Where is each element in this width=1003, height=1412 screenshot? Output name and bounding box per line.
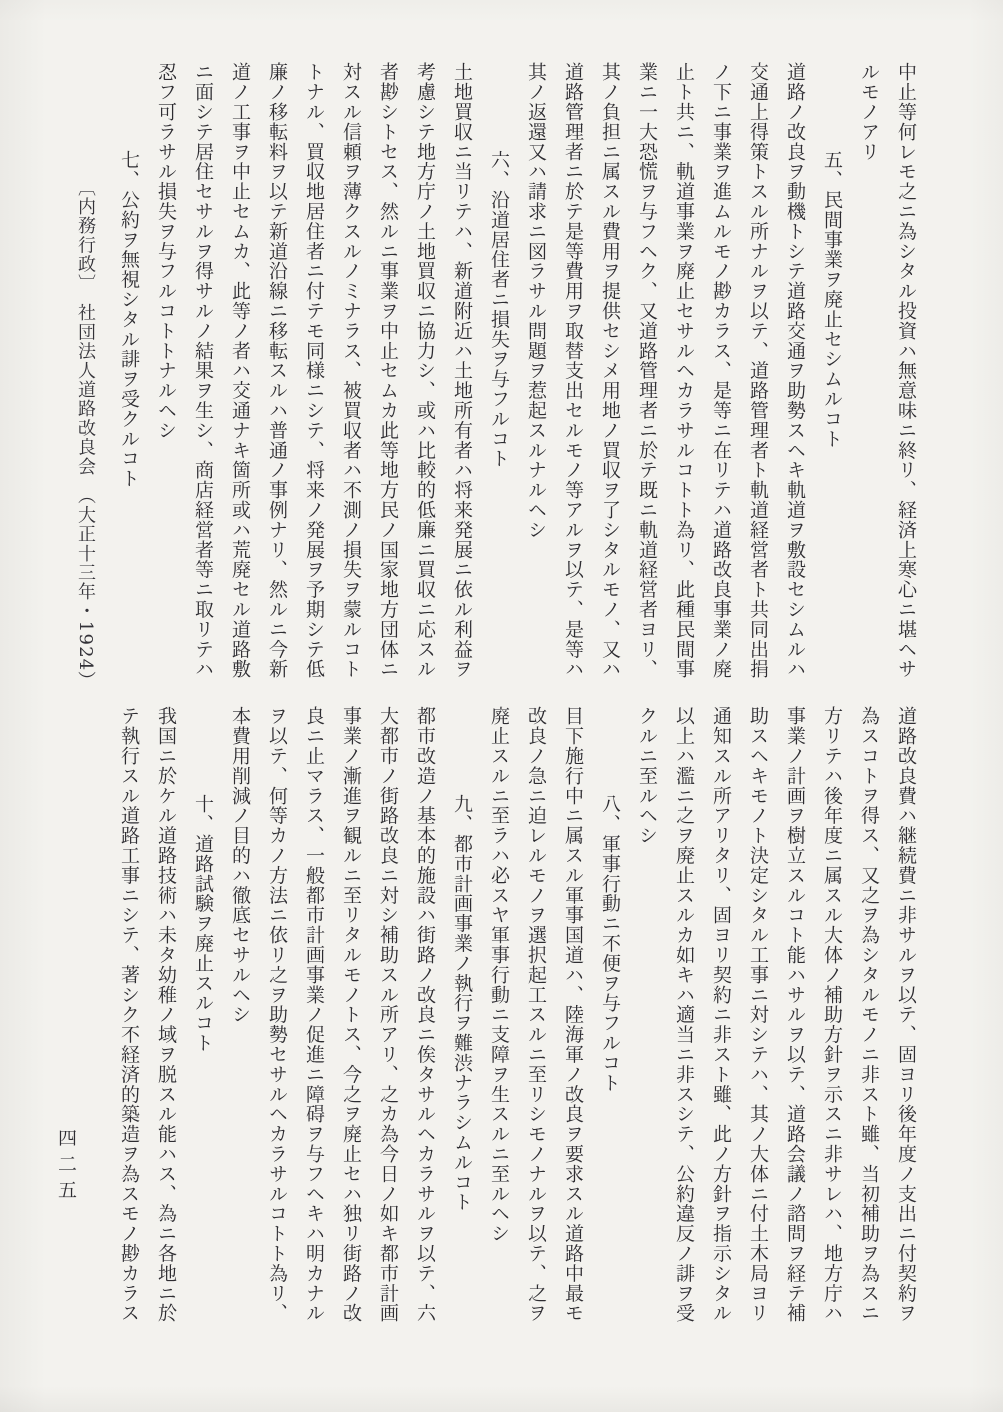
text-column: 以上ハ濫ニ之ヲ廃止スルカ如キハ適当ニ非スシテ、公約違反ノ誹ヲ受 — [665, 706, 702, 1330]
text-column: 中止等何レモ之ニ為シタル投資ハ無意味ニ終リ、経済上寒心ニ堪ヘサ — [887, 62, 924, 686]
text-column: ニ面シテ居住セサルヲ得サルノ結果ヲ生シ、商店経営者等ニ取リテハ — [184, 62, 221, 686]
text-column: 其ノ返還又ハ請求ニ図ラサル問題ヲ惹起スルナルヘシ — [517, 62, 554, 686]
text-column: 忍フ可ラサル損失ヲ与フルコトトナルヘシ — [147, 62, 184, 686]
text-column: 者尠シトセス、然ルニ事業ヲ中止セムカ此等地方民ノ国家地方団体ニ — [369, 62, 406, 686]
text-column: 土地買収ニ当リテハ、新道附近ハ土地所有者ハ将来発展ニ依ル利益ヲ — [443, 62, 480, 686]
text-column: クルニ至ルヘシ — [628, 706, 665, 1330]
text-column: 改良ノ急ニ迫レルモノヲ選択起工スルニ至リシモノナルヲ以テ、之ヲ — [517, 706, 554, 1330]
text-column: 廉ノ移転料ヲ以テ新道沿線ニ移転スルハ普通ノ事例ナリ、然ルニ今新 — [258, 62, 295, 686]
numbered-item-heading: 十、道路試験ヲ廃止スルコト — [184, 706, 221, 1330]
text-column: 都市改造ノ基本的施設ハ街路ノ改良ニ俟タサルヘカラサルヲ以テ、六 — [406, 706, 443, 1330]
page-number: 四二五 — [53, 1128, 80, 1206]
text-column: 大都市ノ街路改良ニ対シ補助スル所アリ、之カ為今日ノ如キ都市計画 — [369, 706, 406, 1330]
text-column: 道路改良費ハ継続費ニ非サルヲ以テ、固ヨリ後年度ノ支出ニ付契約ヲ — [887, 706, 924, 1330]
numbered-item-heading: 六、沿道居住者ニ損失ヲ与フルコト — [480, 62, 517, 686]
text-column: 廃止スルニ至ラハ必スヤ軍事行動ニ支障ヲ生スルニ至ルヘシ — [480, 706, 517, 1330]
document-page: 中止等何レモ之ニ為シタル投資ハ無意味ニ終リ、経済上寒心ニ堪ヘサルモノアリ五、民間… — [0, 0, 1003, 1412]
text-column: ルモノアリ — [850, 62, 887, 686]
text-column: テ執行スル道路工事ニシテ、著シク不経済的築造ヲ為スモノ尠カラス — [110, 706, 147, 1330]
text-column: 事業ノ計画ヲ樹立スルコト能ハサルヲ以テ、道路会議ノ諮問ヲ経テ補 — [776, 706, 813, 1330]
numbered-item-heading: 七、公約ヲ無視シタル誹ヲ受クルコト — [110, 62, 147, 686]
text-column: 対スル信頼ヲ薄クスルノミナラス、被買収者ハ不測ノ損失ヲ蒙ルコト — [332, 62, 369, 686]
text-column: ノ下ニ事業ヲ進ムルモノ尠カラス、是等ニ在リテハ道路改良事業ノ廃 — [702, 62, 739, 686]
text-column: 通知スル所アリタリ、固ヨリ契約ニ非スト雖、此ノ方針ヲ指示シタル — [702, 706, 739, 1330]
numbered-item-heading: 八、軍事行動ニ不便ヲ与フルコト — [591, 706, 628, 1330]
text-column: 其ノ負担ニ属スル費用ヲ提供セシメ用地ノ買収ヲ了シタルモノ、又ハ — [591, 62, 628, 686]
text-column: 助スヘキモノト決定シタル工事ニ対シテハ、其ノ大体ニ付土木局ヨリ — [739, 706, 776, 1330]
bottom-text-block: 道路改良費ハ継続費ニ非サルヲ以テ、固ヨリ後年度ノ支出ニ付契約ヲ為スコトヲ得ス、又… — [110, 706, 924, 1330]
numbered-item-heading: 九、都市計画事業ノ執行ヲ難渋ナラシムルコト — [443, 706, 480, 1330]
text-column: 事業ノ漸進ヲ観ルニ至リタルモノトス、今之ヲ廃止セハ独リ街路ノ改 — [332, 706, 369, 1330]
text-column: 道ノ工事ヲ中止セムカ、此等ノ者ハ交通ナキ箇所或ハ荒廃セル道路敷 — [221, 62, 258, 686]
text-column: 交通上得策トスル所ナルヲ以テ、道路管理者ト軌道経営者ト共同出捐 — [739, 62, 776, 686]
text-column: 業ニ一大恐慌ヲ与フヘク、又道路管理者ニ於テ既ニ軌道経営者ヨリ、 — [628, 62, 665, 686]
text-column: 目下施行中ニ属スル軍事国道ハ、陸海軍ノ改良ヲ要求スル道路中最モ — [554, 706, 591, 1330]
text-column: 本費用削減ノ目的ハ徹底セサルヘシ — [221, 706, 258, 1330]
numbered-item-heading: 五、民間事業ヲ廃止セシムルコト — [813, 62, 850, 686]
source-attribution: 〔内務行政〕 社団法人道路改良会 （大正十三年・1924） — [67, 62, 104, 686]
text-column: 為スコトヲ得ス、又之ヲ為シタルモノニ非スト雖、当初補助ヲ為スニ — [850, 706, 887, 1330]
text-column: 止ト共ニ、軌道事業ヲ廃止セサルヘカラサルコトト為リ、此種民間事 — [665, 62, 702, 686]
text-column: 道路ノ改良ヲ動機トシテ道路交通ヲ助勢スヘキ軌道ヲ敷設セシムルハ — [776, 62, 813, 686]
top-text-block: 中止等何レモ之ニ為シタル投資ハ無意味ニ終リ、経済上寒心ニ堪ヘサルモノアリ五、民間… — [67, 62, 924, 686]
text-column: 道路管理者ニ於テ是等費用ヲ取替支出セルモノ等アルヲ以テ、是等ハ — [554, 62, 591, 686]
text-column: 考慮シテ地方庁ノ土地買収ニ協力シ、或ハ比較的低廉ニ買収ニ応スル — [406, 62, 443, 686]
text-column: 良ニ止マラス、一般都市計画事業ノ促進ニ障碍ヲ与フヘキハ明カナル — [295, 706, 332, 1330]
text-column: ヲ以テ、何等カノ方法ニ依リ之ヲ助勢セサルヘカラサルコトト為リ、 — [258, 706, 295, 1330]
text-column: 我国ニ於ケル道路技術ハ未タ幼稚ノ域ヲ脱スル能ハス、為ニ各地ニ於 — [147, 706, 184, 1330]
text-column: トナル、買収地居住者ニ付テモ同様ニシテ、将来ノ発展ヲ予期シテ低 — [295, 62, 332, 686]
text-column: 方リテハ後年度ニ属スル大体ノ補助方針ヲ示スニ非サレハ、地方庁ハ — [813, 706, 850, 1330]
